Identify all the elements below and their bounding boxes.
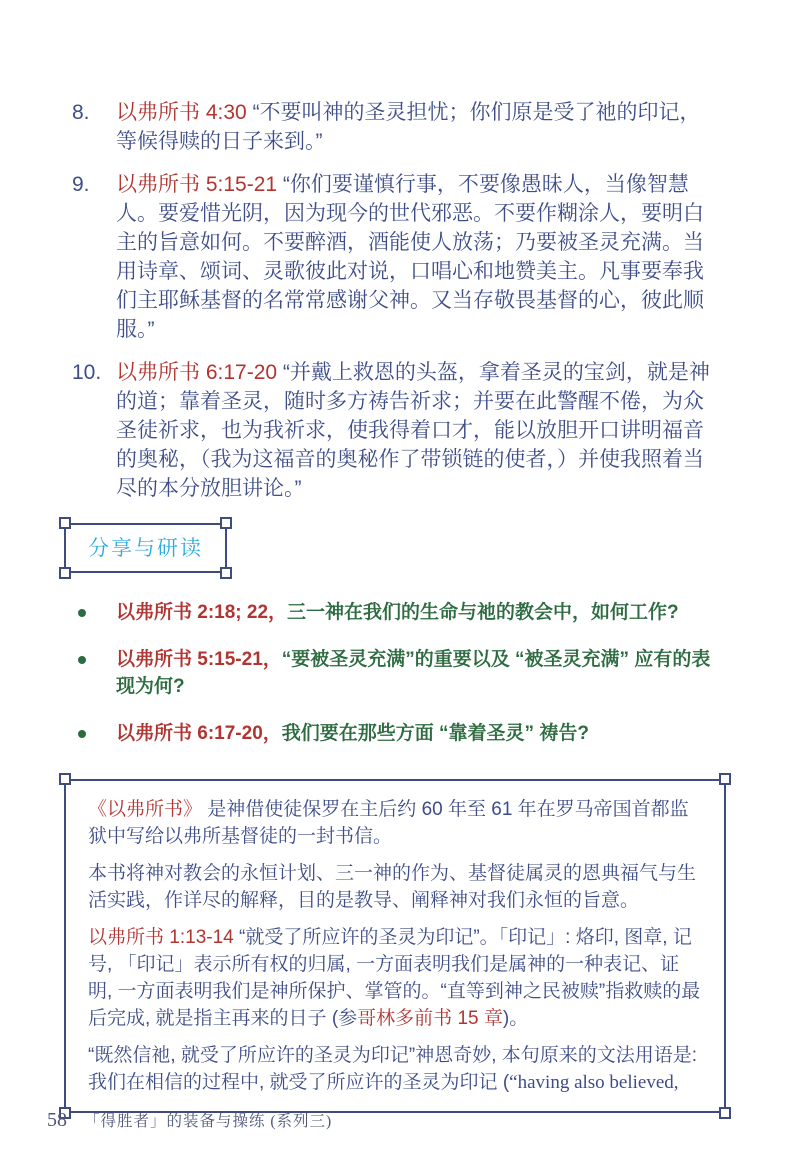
page-number: 58 <box>47 1109 67 1132</box>
scripture-list: 8. 以弗所书 4:30 “不要叫神的圣灵担忧；你们原是受了祂的印记，等候得赎的… <box>0 0 790 503</box>
bullet-marker <box>72 599 116 626</box>
corner-ornament <box>59 773 71 785</box>
english-phrase: “having also believed, <box>509 1072 678 1093</box>
book-title: 「得胜者」的装备与操练 (系列三) <box>84 1109 332 1131</box>
scripture-item-9: 9. 以弗所书 5:15-21 “你们要谨慎行事，不要像愚昧人，当像智慧人。要爱… <box>72 170 720 344</box>
item-number: 8. <box>72 98 116 156</box>
bullet-dot-icon <box>78 730 86 738</box>
section-header-plaque: 分享与研读 <box>64 523 227 573</box>
paragraph-text: )。 <box>503 1008 528 1029</box>
corner-ornament <box>220 517 232 529</box>
scripture-item-10: 10. 以弗所书 6:17-20 “并戴上救恩的头盔，拿着圣灵的宝剑，就是神的道… <box>72 358 720 503</box>
question-list: 以弗所书 2:18; 22，三一神在我们的生命与祂的教会中，如何工作? 以弗所书… <box>0 573 790 747</box>
question-body: 三一神在我们的生命与祂的教会中，如何工作? <box>287 602 679 623</box>
question-reference: 以弗所书 2:18; 22， <box>116 602 287 623</box>
question-text: 以弗所书 6:17-20，我们要在那些方面 “靠着圣灵” 祷告? <box>116 720 720 747</box>
commentary-paragraph-2: 本书将神对教会的永恒计划、三一神的作为、基督徒属灵的恩典福气与生活实践，作详尽的… <box>88 860 702 914</box>
question-item: 以弗所书 2:18; 22，三一神在我们的生命与祂的教会中，如何工作? <box>72 599 720 626</box>
corner-ornament <box>59 567 71 579</box>
scripture-quote: “你们要谨慎行事，不要像愚昧人，当像智慧人。要爱惜光阴，因为现今的世代邪恶。不要… <box>116 173 704 341</box>
item-number: 10. <box>72 358 116 503</box>
question-text: 以弗所书 5:15-21，“要被圣灵充满”的重要以及 “被圣灵充满” 应有的表现… <box>116 646 720 700</box>
corner-ornament <box>59 517 71 529</box>
corner-ornament <box>719 773 731 785</box>
page-footer: 58 「得胜者」的装备与操练 (系列三) <box>47 1109 332 1132</box>
scripture-reference: 以弗所书 4:30 <box>116 101 247 124</box>
commentary-paragraph-4: “既然信祂, 就受了所应许的圣灵为印记”神恩奇妙, 本句原来的文法用语是: 我们… <box>88 1042 702 1096</box>
bullet-marker <box>72 720 116 747</box>
corner-ornament <box>220 567 232 579</box>
section-title: 分享与研读 <box>88 537 203 560</box>
section-header-row: 分享与研读 <box>64 523 790 573</box>
question-item: 以弗所书 6:17-20，我们要在那些方面 “靠着圣灵” 祷告? <box>72 720 720 747</box>
scripture-text: 以弗所书 4:30 “不要叫神的圣灵担忧；你们原是受了祂的印记，等候得赎的日子来… <box>116 98 720 156</box>
commentary-paragraph-3: 以弗所书 1:13-14 “就受了所应许的圣灵为印记”。「印记」: 烙印, 图章… <box>88 924 702 1032</box>
scripture-reference: 以弗所书 6:17-20 <box>116 361 277 384</box>
bullet-marker <box>72 646 116 700</box>
scripture-text: 以弗所书 5:15-21 “你们要谨慎行事，不要像愚昧人，当像智慧人。要爱惜光阴… <box>116 170 720 344</box>
question-body: 我们要在那些方面 “靠着圣灵” 祷告? <box>282 723 589 744</box>
question-item: 以弗所书 5:15-21，“要被圣灵充满”的重要以及 “被圣灵充满” 应有的表现… <box>72 646 720 700</box>
corner-ornament <box>719 1107 731 1119</box>
scripture-text: 以弗所书 6:17-20 “并戴上救恩的头盔，拿着圣灵的宝剑，就是神的道；靠着圣… <box>116 358 720 503</box>
cross-reference: 哥林多前书 15 章 <box>357 1008 503 1029</box>
question-reference: 以弗所书 5:15-21， <box>116 649 282 670</box>
book-name: 《以弗所书》 <box>88 799 202 820</box>
commentary-paragraph-1: 《以弗所书》 是神借使徒保罗在主后约 60 年至 61 年在罗马帝国首都监狱中写… <box>88 796 702 850</box>
scripture-reference: 以弗所书 5:15-21 <box>116 173 277 196</box>
question-reference: 以弗所书 6:17-20， <box>116 723 282 744</box>
commentary-box: 《以弗所书》 是神借使徒保罗在主后约 60 年至 61 年在罗马帝国首都监狱中写… <box>64 779 726 1113</box>
scripture-reference: 以弗所书 1:13-14 <box>88 927 234 948</box>
item-number: 9. <box>72 170 116 344</box>
bullet-dot-icon <box>78 656 86 664</box>
book-page: 8. 以弗所书 4:30 “不要叫神的圣灵担忧；你们原是受了祂的印记，等候得赎的… <box>0 0 790 1170</box>
question-text: 以弗所书 2:18; 22，三一神在我们的生命与祂的教会中，如何工作? <box>116 599 720 626</box>
scripture-item-8: 8. 以弗所书 4:30 “不要叫神的圣灵担忧；你们原是受了祂的印记，等候得赎的… <box>72 98 720 156</box>
paragraph-text: 本书将神对教会的永恒计划、三一神的作为、基督徒属灵的恩典福气与生活实践，作详尽的… <box>88 863 696 911</box>
bullet-dot-icon <box>78 609 86 617</box>
